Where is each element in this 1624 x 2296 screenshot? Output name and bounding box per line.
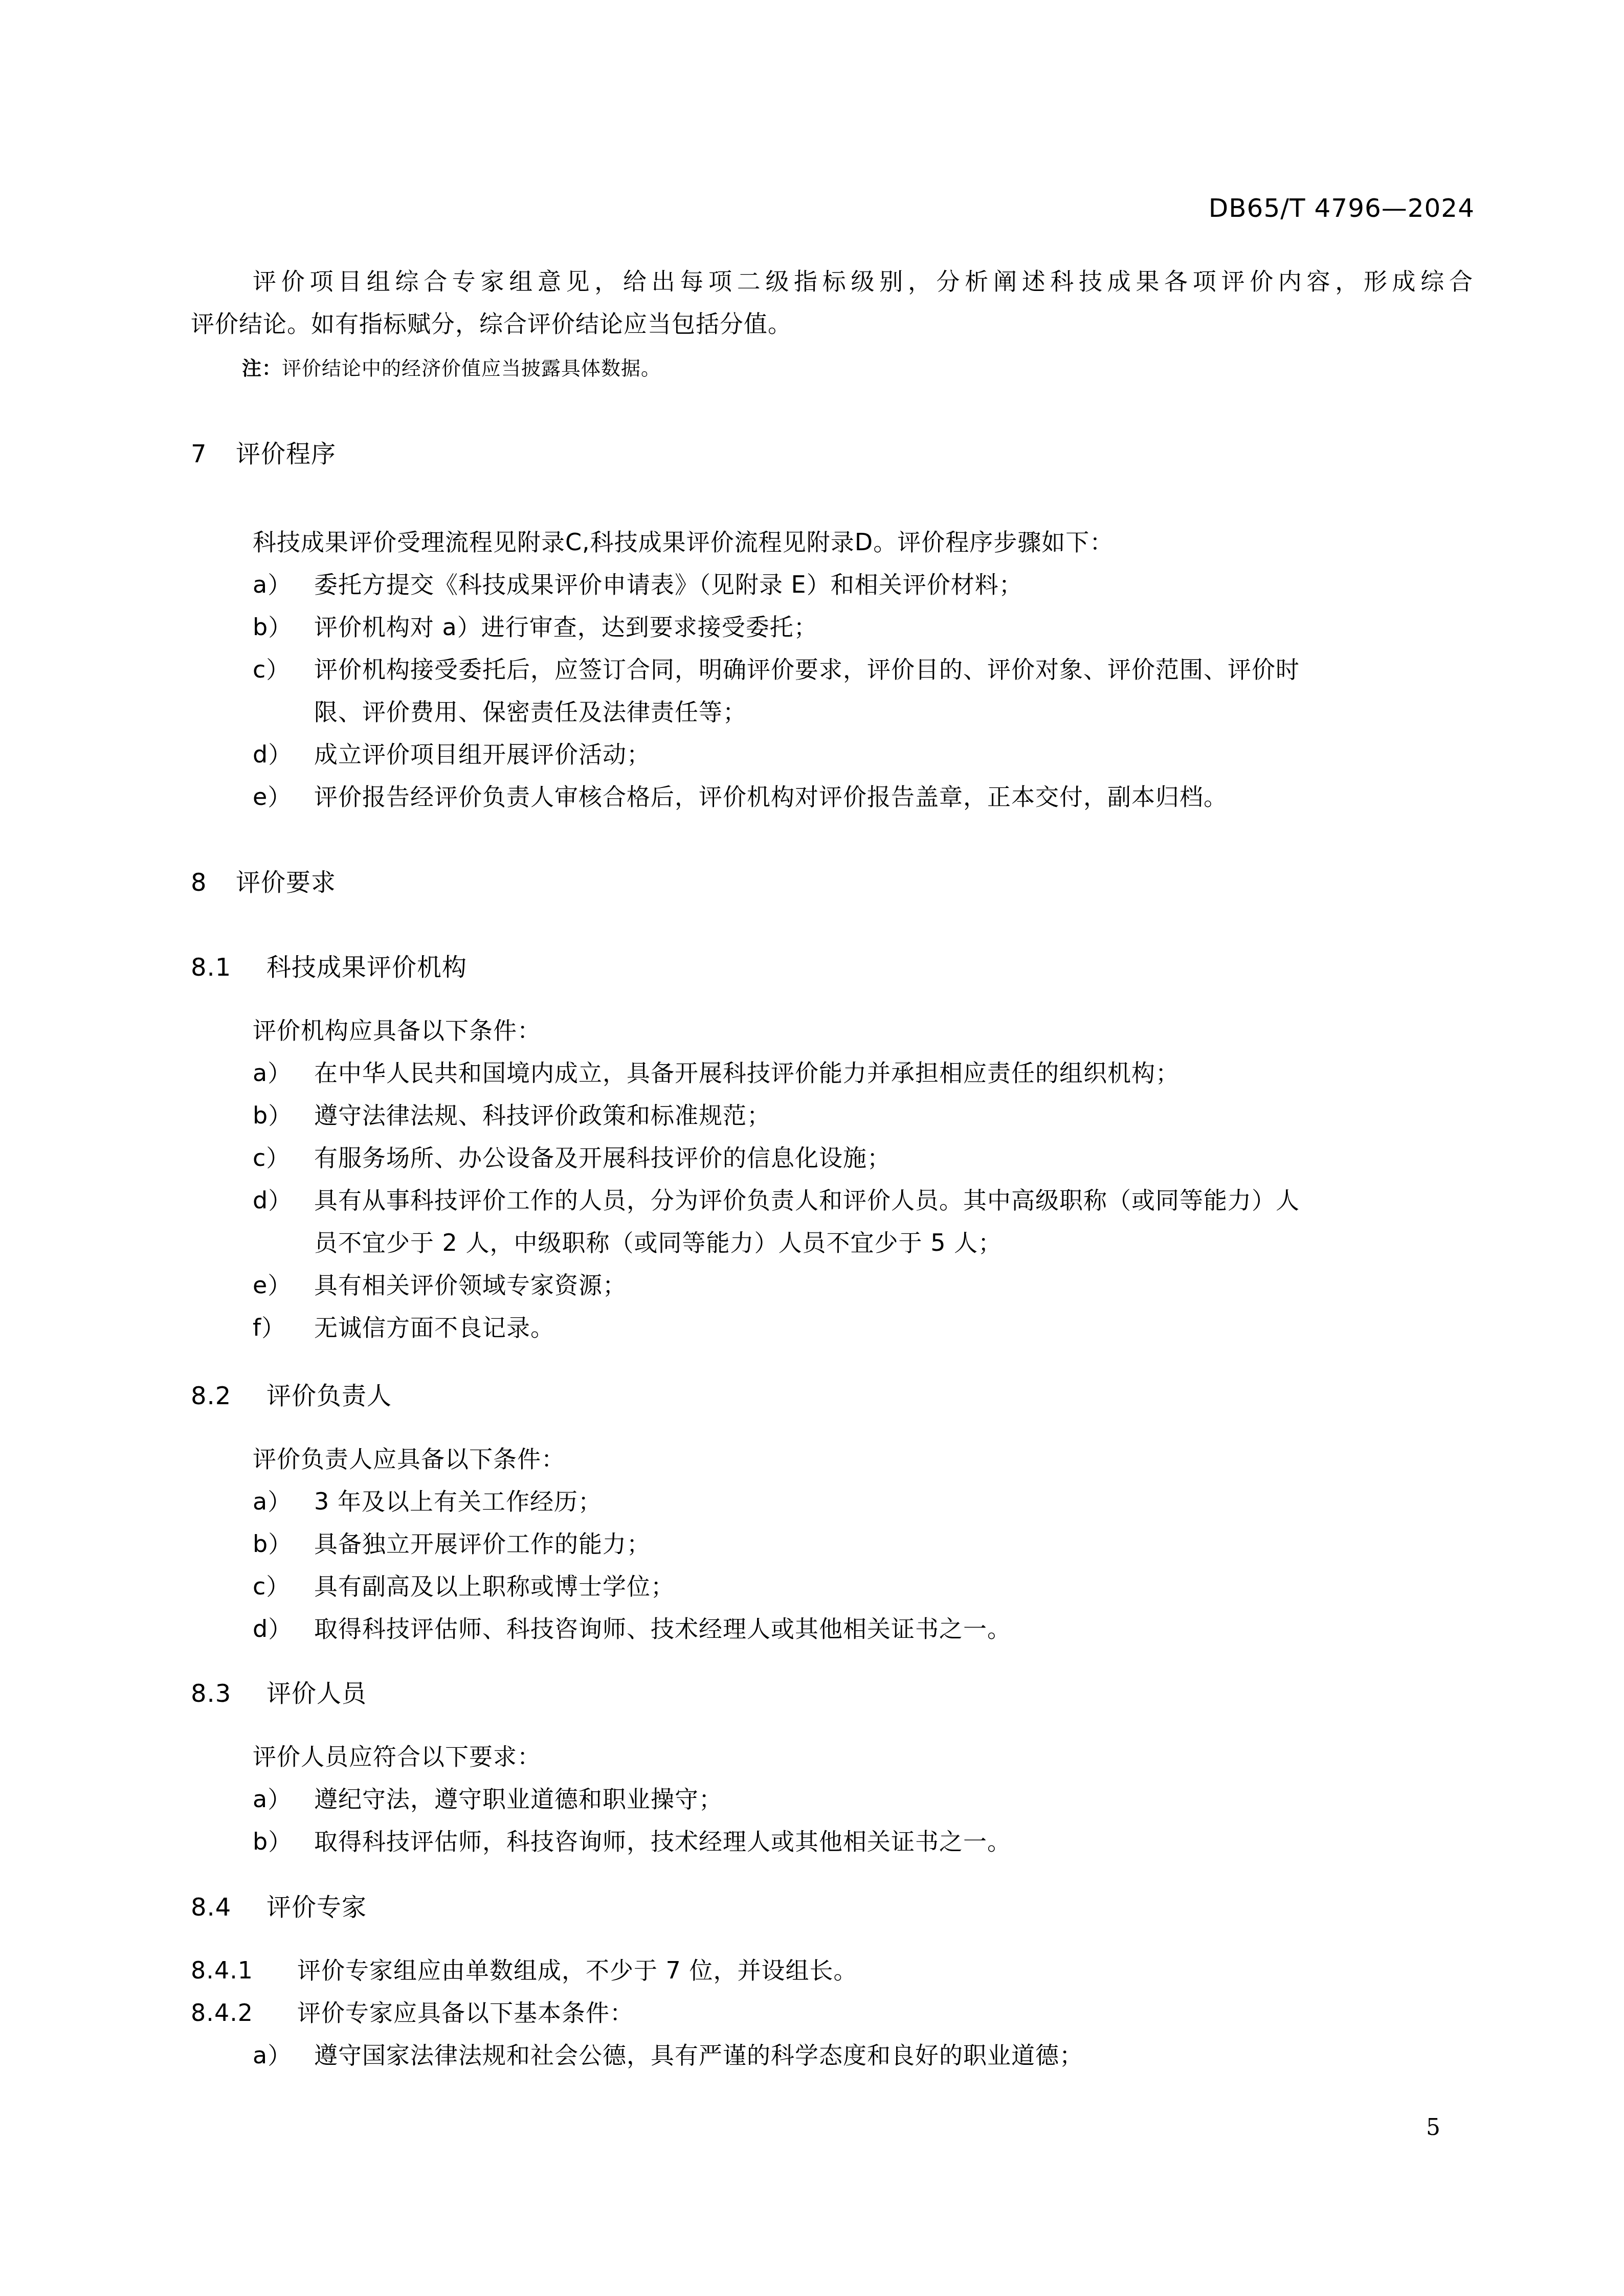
list-text: 评价机构对 a）进行审查，达到要求接受委托； — [314, 613, 818, 641]
list-marker: b） — [253, 1528, 314, 1559]
section-title: 评价要求 — [236, 868, 336, 897]
section-8-3-heading: 8.3评价人员 — [191, 1678, 367, 1709]
list-text: 在中华人民共和国境内成立，具备开展科技评价能力并承担相应责任的组织机构； — [314, 1059, 1180, 1087]
list-item: c）具有副高及以上职称或博士学位； — [253, 1571, 675, 1602]
section-number: 8 — [191, 867, 236, 898]
list-marker: b） — [253, 1100, 314, 1131]
intro-paragraph-line-1: 评价项目组综合专家组意见，给出每项二级指标级别，分析阐述科技成果各项评价内容，形… — [253, 266, 1473, 297]
list-text: 成立评价项目组开展评价活动； — [314, 740, 651, 768]
section-8-2-lead: 评价负责人应具备以下条件： — [253, 1444, 565, 1474]
clause-8-4-1: 8.4.1评价专家组应由单数组成，不少于 7 位，并设组长。 — [191, 1955, 858, 1986]
section-8-heading: 8评价要求 — [191, 867, 336, 898]
note-label: 注： — [242, 357, 282, 379]
clause-text: 评价专家应具备以下基本条件： — [297, 1999, 634, 2027]
list-item: b）具备独立开展评价工作的能力； — [253, 1528, 651, 1559]
list-marker: f） — [253, 1312, 314, 1343]
list-marker: b） — [253, 1826, 314, 1857]
list-marker: a） — [253, 569, 314, 600]
list-marker: d） — [253, 739, 314, 770]
section-8-4-heading: 8.4评价专家 — [191, 1892, 367, 1923]
list-marker: e） — [253, 1270, 314, 1300]
list-item: f）无诚信方面不良记录。 — [253, 1312, 554, 1343]
list-text: 评价报告经评价负责人审核合格后，评价机构对评价报告盖章，正本交付，副本归档。 — [314, 783, 1228, 811]
list-marker: a） — [253, 1784, 314, 1814]
clause-8-4-2: 8.4.2评价专家应具备以下基本条件： — [191, 1997, 634, 2028]
list-text: 无诚信方面不良记录。 — [314, 1314, 554, 1341]
intro-paragraph-line-2: 评价结论。如有指标赋分，综合评价结论应当包括分值。 — [191, 308, 792, 339]
list-item: a）遵守国家法律法规和社会公德，具有严谨的科学态度和良好的职业道德； — [253, 2040, 1083, 2070]
list-marker: b） — [253, 612, 314, 642]
section-7-heading: 7评价程序 — [191, 439, 336, 469]
clause-number: 8.4.2 — [191, 1997, 297, 2028]
section-number: 8.2 — [191, 1381, 266, 1411]
section-8-3-lead: 评价人员应符合以下要求： — [253, 1741, 541, 1772]
list-item: c）有服务场所、办公设备及开展科技评价的信息化设施； — [253, 1142, 891, 1173]
list-item-continuation: 限、评价费用、保密责任及法律责任等； — [314, 696, 747, 727]
clause-text: 评价专家组应由单数组成，不少于 7 位，并设组长。 — [297, 1956, 858, 1984]
list-text: 有服务场所、办公设备及开展科技评价的信息化设施； — [314, 1144, 891, 1172]
list-item: e）具有相关评价领域专家资源； — [253, 1270, 627, 1300]
list-text: 具有副高及以上职称或博士学位； — [314, 1572, 675, 1600]
section-title: 评价程序 — [236, 440, 336, 468]
page-number: 5 — [1426, 2114, 1440, 2141]
list-item: a）委托方提交《科技成果评价申请表》（见附录 E）和相关评价材料； — [253, 569, 1023, 600]
list-marker: d） — [253, 1613, 314, 1644]
document-page: DB65/T 4796—2024 评价项目组综合专家组意见，给出每项二级指标级别… — [0, 0, 1624, 2296]
list-item: b）遵守法律法规、科技评价政策和标准规范； — [253, 1100, 771, 1131]
section-8-1-lead: 评价机构应具备以下条件： — [253, 1015, 541, 1046]
list-item: b）评价机构对 a）进行审查，达到要求接受委托； — [253, 612, 818, 642]
list-item: a）遵纪守法，遵守职业道德和职业操守； — [253, 1784, 723, 1814]
list-marker: e） — [253, 781, 314, 812]
list-marker: d） — [253, 1185, 314, 1215]
list-marker: c） — [253, 654, 314, 685]
note: 注：评价结论中的经济价值应当披露具体数据。 — [242, 353, 661, 384]
section-8-2-heading: 8.2评价负责人 — [191, 1381, 392, 1411]
section-title: 评价人员 — [266, 1679, 367, 1708]
section-number: 8.3 — [191, 1678, 266, 1709]
list-item: d）成立评价项目组开展评价活动； — [253, 739, 651, 770]
list-item: a）3 年及以上有关工作经历； — [253, 1486, 602, 1517]
section-number: 8.4 — [191, 1892, 266, 1923]
list-text: 具有相关评价领域专家资源； — [314, 1271, 627, 1299]
list-item-continuation: 员不宜少于 2 人，中级职称（或同等能力）人员不宜少于 5 人； — [314, 1227, 1002, 1258]
list-text: 委托方提交《科技成果评价申请表》（见附录 E）和相关评价材料； — [314, 571, 1023, 598]
list-text: 取得科技评估师、科技咨询师、技术经理人或其他相关证书之一。 — [314, 1615, 1011, 1642]
list-text: 3 年及以上有关工作经历； — [314, 1488, 602, 1515]
list-item: e）评价报告经评价负责人审核合格后，评价机构对评价报告盖章，正本交付，副本归档。 — [253, 781, 1228, 812]
list-item: a）在中华人民共和国境内成立，具备开展科技评价能力并承担相应责任的组织机构； — [253, 1057, 1180, 1088]
list-marker: c） — [253, 1142, 314, 1173]
section-title: 评价专家 — [266, 1893, 367, 1922]
list-item: d）具有从事科技评价工作的人员，分为评价负责人和评价人员。其中高级职称（或同等能… — [253, 1185, 1300, 1215]
list-item: b）取得科技评估师，科技咨询师，技术经理人或其他相关证书之一。 — [253, 1826, 1011, 1857]
list-marker: a） — [253, 2040, 314, 2070]
list-text: 取得科技评估师，科技咨询师，技术经理人或其他相关证书之一。 — [314, 1828, 1011, 1855]
section-number: 8.1 — [191, 952, 266, 983]
list-marker: a） — [253, 1486, 314, 1517]
list-text: 遵纪守法，遵守职业道德和职业操守； — [314, 1785, 723, 1813]
section-title: 评价负责人 — [266, 1382, 392, 1410]
section-number: 7 — [191, 439, 236, 469]
clause-number: 8.4.1 — [191, 1955, 297, 1986]
list-marker: c） — [253, 1571, 314, 1602]
list-item: c）评价机构接受委托后，应签订合同，明确评价要求，评价目的、评价对象、评价范围、… — [253, 654, 1473, 685]
note-text: 评价结论中的经济价值应当披露具体数据。 — [282, 357, 661, 379]
list-text: 具备独立开展评价工作的能力； — [314, 1530, 651, 1558]
list-text: 遵守法律法规、科技评价政策和标准规范； — [314, 1101, 771, 1129]
list-marker: a） — [253, 1057, 314, 1088]
section-8-1-heading: 8.1科技成果评价机构 — [191, 952, 467, 983]
list-text: 遵守国家法律法规和社会公德，具有严谨的科学态度和良好的职业道德； — [314, 2041, 1083, 2069]
section-7-lead: 科技成果评价受理流程见附录C,科技成果评价流程见附录D。评价程序步骤如下： — [253, 527, 1114, 557]
list-text: 评价机构接受委托后，应签订合同，明确评价要求，评价目的、评价对象、评价范围、评价… — [314, 656, 1300, 683]
list-text: 具有从事科技评价工作的人员，分为评价负责人和评价人员。其中高级职称（或同等能力）… — [314, 1186, 1300, 1214]
document-code-header: DB65/T 4796—2024 — [1209, 193, 1475, 223]
list-item: d）取得科技评估师、科技咨询师、技术经理人或其他相关证书之一。 — [253, 1613, 1011, 1644]
section-title: 科技成果评价机构 — [266, 953, 467, 982]
